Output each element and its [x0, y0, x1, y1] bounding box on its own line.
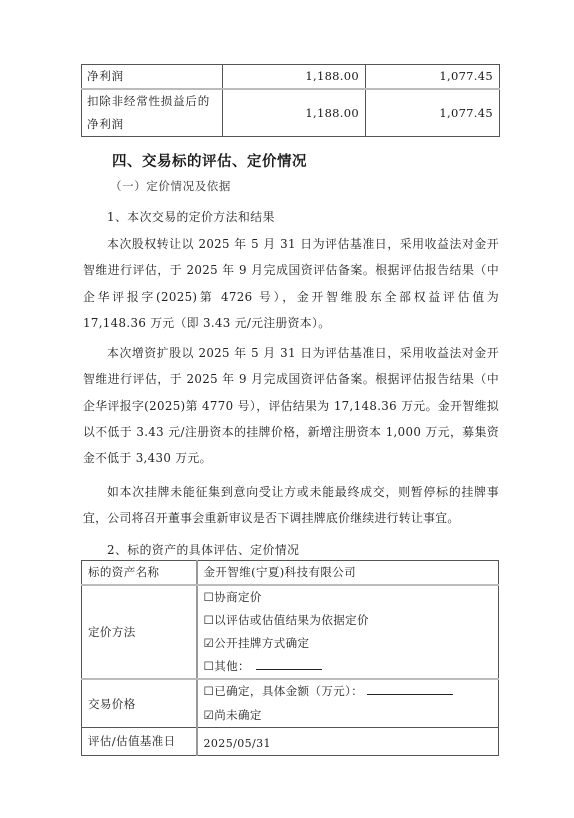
document-page: 净利润 1,188.00 1,077.45 扣除非经常性损益后的净利润 1,18…: [0, 0, 574, 818]
asset-name-value: 金开智维(宁夏)科技有限公司: [197, 561, 499, 585]
checkbox-option[interactable]: ☑公开挂牌方式确定: [204, 632, 493, 655]
row-label: 交易价格: [82, 679, 197, 727]
valuation-date-value: 2025/05/31: [204, 733, 271, 750]
checkbox-unchecked-icon[interactable]: ☐: [204, 613, 215, 627]
transaction-price-options: ☐已确定，具体金额（万元）： ☑尚未确定: [197, 679, 499, 727]
table-row: 定价方法 ☐协商定价 ☐以评估或估值结果为依据定价 ☑公开挂牌方式确定 ☐其他：: [82, 585, 499, 680]
table-row: 扣除非经常性损益后的净利润 1,188.00 1,077.45: [82, 89, 500, 137]
row-label: 净利润: [82, 65, 223, 90]
valuation-date-cell: 2025/05/31: [197, 727, 499, 755]
section-heading: 四、交易标的评估、定价情况: [112, 150, 307, 171]
pricing-method-options: ☐协商定价 ☐以评估或估值结果为依据定价 ☑公开挂牌方式确定 ☐其他：: [197, 585, 499, 680]
table-row: 标的资产名称 金开智维(宁夏)科技有限公司: [82, 561, 499, 585]
table-row: 净利润 1,188.00 1,077.45: [82, 65, 500, 90]
checkbox-option[interactable]: ☐以评估或估值结果为依据定价: [204, 609, 493, 632]
paragraph-equity-transfer: 本次股权转让以 2025 年 5 月 31 日为评估基准日，采用收益法对金开智维…: [83, 231, 499, 336]
checkbox-unchecked-icon[interactable]: ☐: [204, 684, 215, 698]
option-label: 协商定价: [214, 590, 262, 604]
checkbox-option[interactable]: ☐已确定，具体金额（万元）：: [204, 680, 493, 703]
checkbox-unchecked-icon[interactable]: ☐: [204, 659, 215, 673]
blank-underline: [367, 683, 453, 695]
checkbox-checked-icon[interactable]: ☑: [204, 708, 215, 722]
financial-table: 净利润 1,188.00 1,077.45 扣除非经常性损益后的净利润 1,18…: [81, 64, 500, 137]
paragraph-capital-increase: 本次增资扩股以 2025 年 5 月 31 日为评估基准日，采用收益法对金开智维…: [83, 340, 499, 471]
option-label: 公开挂牌方式确定: [214, 636, 309, 650]
item-heading: 1、本次交易的定价方法和结果: [107, 208, 275, 225]
checkbox-option[interactable]: ☑尚未确定: [204, 704, 493, 727]
checkbox-unchecked-icon[interactable]: ☐: [204, 590, 215, 604]
value-cell: 1,188.00: [223, 89, 366, 137]
table-row: 交易价格 ☐已确定，具体金额（万元）： ☑尚未确定: [82, 679, 499, 727]
blank-underline: [256, 658, 322, 670]
option-label: 以评估或估值结果为依据定价: [214, 613, 369, 627]
row-label: 标的资产名称: [82, 561, 197, 585]
checkbox-option[interactable]: ☐协商定价: [204, 586, 493, 609]
table-row: 评估/估值基准日 2025/05/31: [82, 727, 499, 755]
checkbox-checked-icon[interactable]: ☑: [204, 636, 215, 650]
option-label: 尚未确定: [214, 708, 262, 722]
paragraph-listing-contingency: 如本次挂牌未能征集到意向受让方或未能最终成交，则暂停标的挂牌事宜，公司将召开董事…: [83, 479, 499, 532]
subsection-heading: （一）定价情况及依据: [110, 178, 231, 194]
item-heading: 2、标的资产的具体评估、定价情况: [107, 541, 299, 558]
value-cell: 1,077.45: [366, 65, 500, 90]
row-label: 定价方法: [82, 585, 197, 680]
option-label: 已确定，具体金额（万元）：: [214, 684, 363, 698]
value-cell: 1,077.45: [366, 89, 500, 137]
asset-valuation-table: 标的资产名称 金开智维(宁夏)科技有限公司 定价方法 ☐协商定价 ☐以评估或估值…: [81, 560, 499, 756]
value-cell: 1,188.00: [223, 65, 366, 90]
option-label: 其他：: [214, 659, 250, 673]
row-label: 扣除非经常性损益后的净利润: [82, 89, 223, 137]
row-label: 评估/估值基准日: [82, 727, 197, 755]
checkbox-option[interactable]: ☐其他：: [204, 655, 493, 678]
